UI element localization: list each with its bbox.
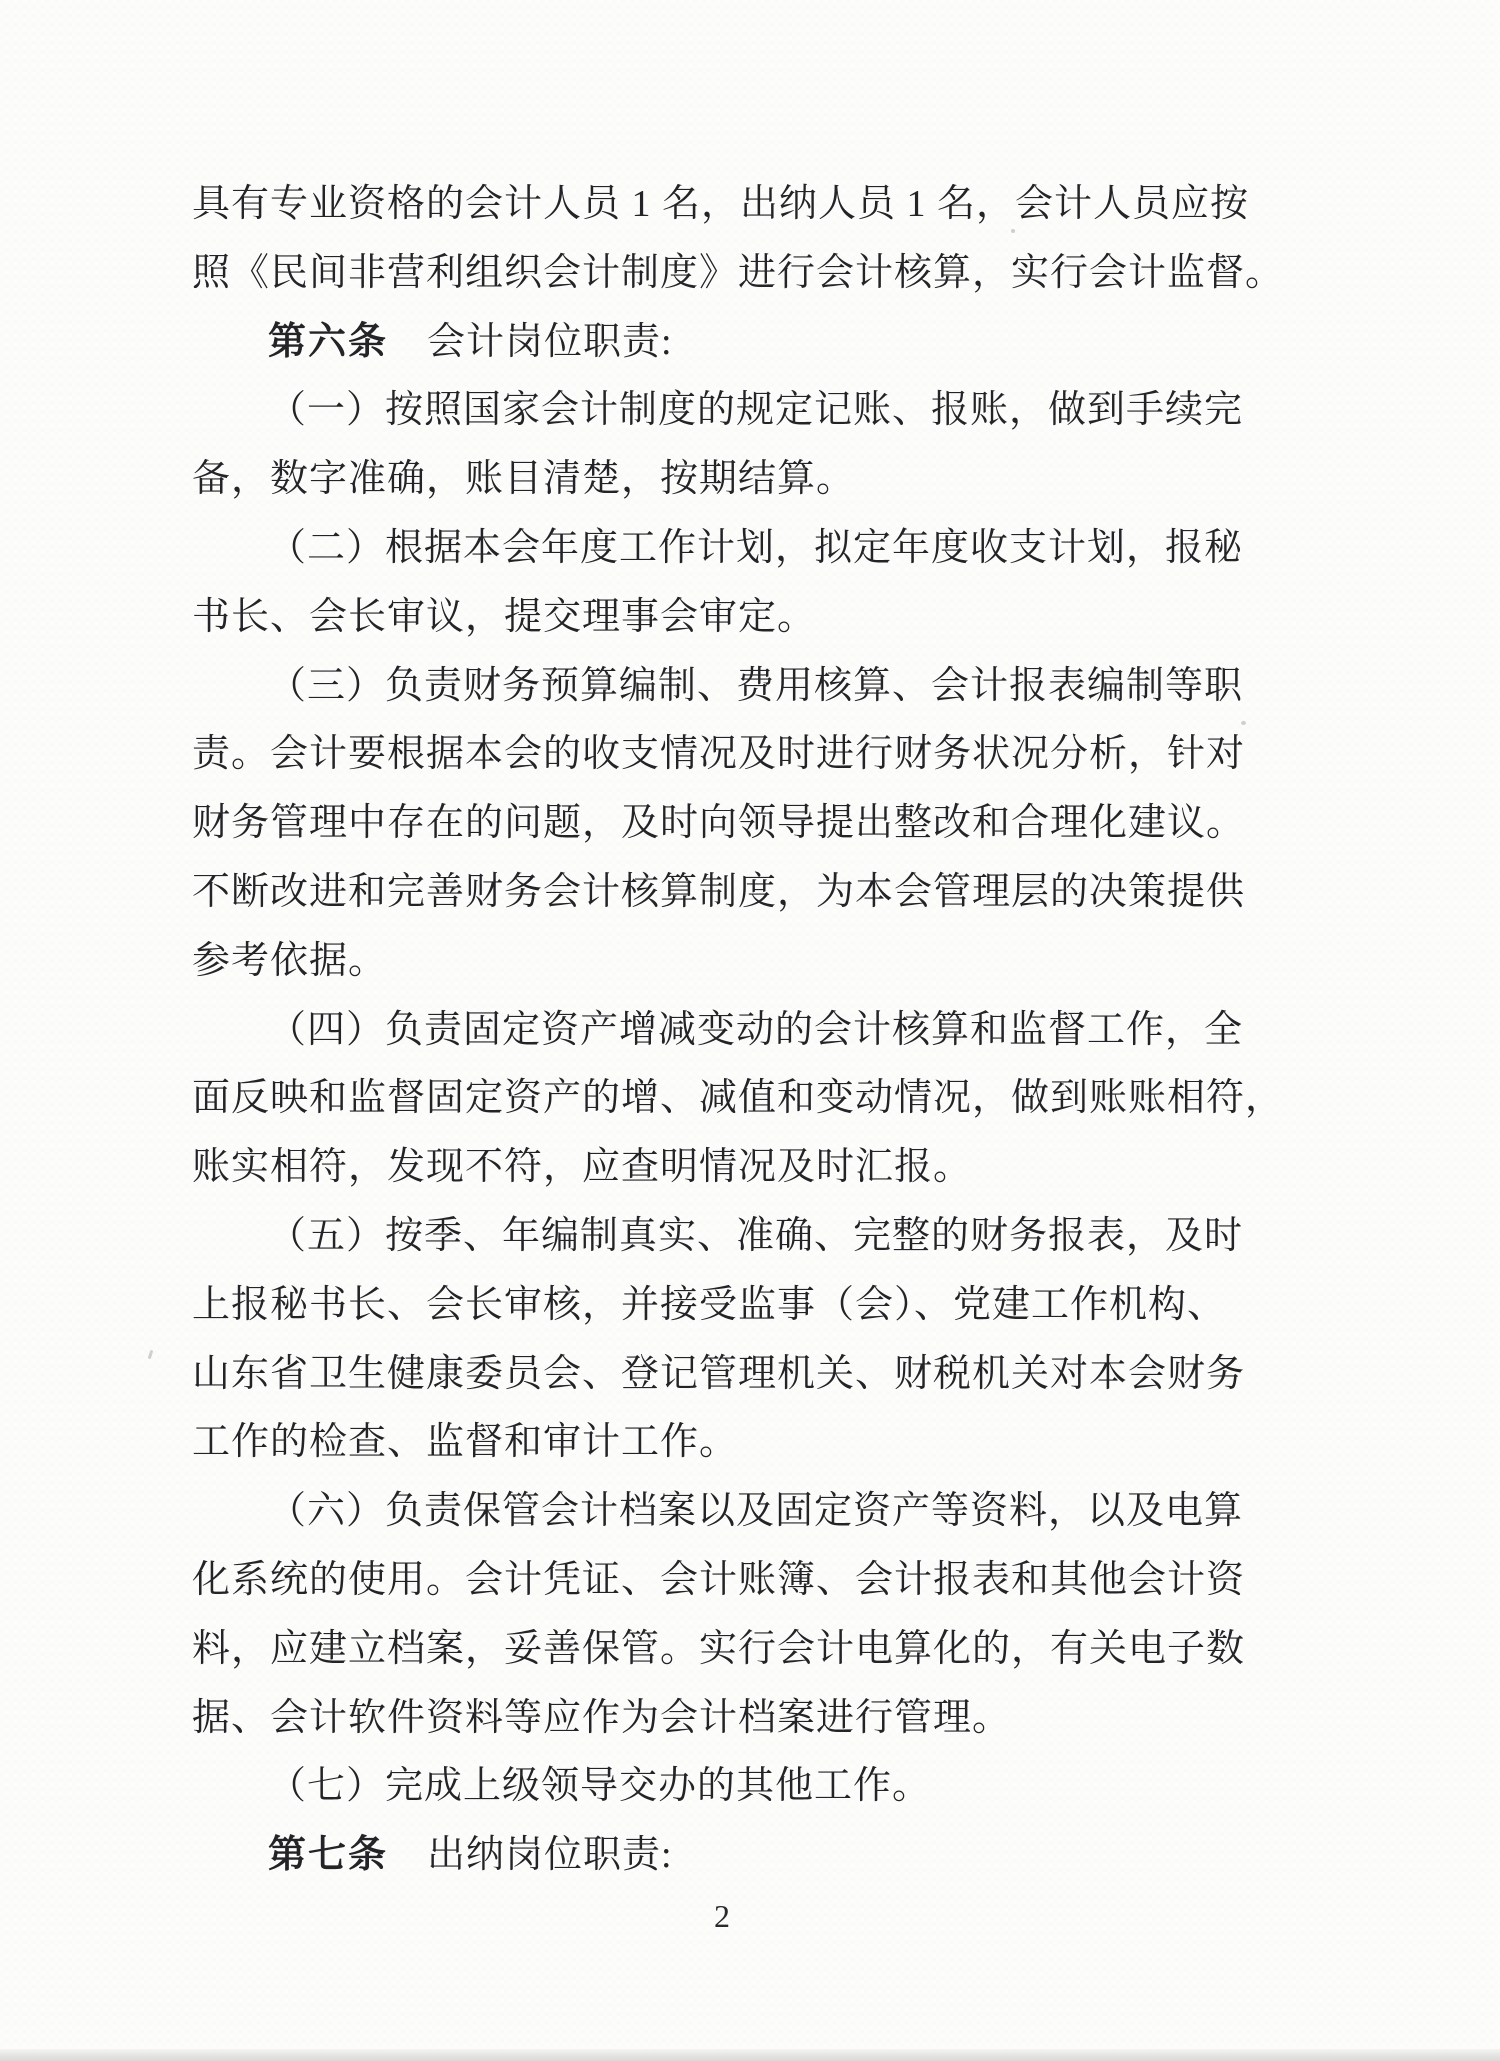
document-line: 上报秘书长、会长审核，并接受监事（会）、党建工作机构、 — [192, 1271, 1252, 1340]
text-segment: 会计岗位职责: — [388, 321, 673, 363]
article-number-label: 第六条 — [268, 321, 388, 363]
document-line: 照《民间非营利组织会计制度》进行会计核算，实行会计监督。 — [192, 239, 1252, 308]
text-segment: 书长、会长审议，提交理事会审定。 — [192, 596, 816, 638]
document-line: 不断改进和完善财务会计核算制度，为本会管理层的决策提供 — [192, 858, 1252, 927]
text-segment: 出纳岗位职责: — [388, 1834, 673, 1876]
document-line: 财务管理中存在的问题，及时向领导提出整改和合理化建议。 — [192, 789, 1252, 858]
text-segment: （一）按照国家会计制度的规定记账、报账，做到手续完 — [268, 389, 1243, 431]
document-line: 据、会计软件资料等应作为会计档案进行管理。 — [192, 1684, 1252, 1753]
document-body: 具有专业资格的会计人员 1 名，出纳人员 1 名，会计人员应按照《民间非营利组织… — [192, 170, 1252, 1890]
scan-speckle — [148, 1350, 154, 1359]
text-segment: 参考依据。 — [192, 940, 387, 982]
document-line: 责。会计要根据本会的收支情况及时进行财务状况分析，针对 — [192, 720, 1252, 789]
document-line: （五）按季、年编制真实、准确、完整的财务报表，及时 — [192, 1202, 1252, 1271]
document-line: （七）完成上级领导交办的其他工作。 — [192, 1752, 1252, 1821]
document-line: 工作的检查、监督和审计工作。 — [192, 1408, 1252, 1477]
document-line: 书长、会长审议，提交理事会审定。 — [192, 583, 1252, 652]
document-line: （一）按照国家会计制度的规定记账、报账，做到手续完 — [192, 376, 1252, 445]
document-line: （四）负责固定资产增减变动的会计核算和监督工作，全 — [192, 996, 1252, 1065]
document-line: 账实相符，发现不符，应查明情况及时汇报。 — [192, 1133, 1252, 1202]
text-segment: 据、会计软件资料等应作为会计档案进行管理。 — [192, 1697, 1011, 1739]
document-line: 化系统的使用。会计凭证、会计账簿、会计报表和其他会计资 — [192, 1546, 1252, 1615]
text-segment: 照《民间非营利组织会计制度》进行会计核算，实行会计监督。 — [192, 252, 1284, 294]
text-segment: 责。会计要根据本会的收支情况及时进行财务状况分析，针对 — [192, 733, 1245, 775]
text-segment: 具有专业资格的会计人员 1 名，出纳人员 1 名，会计人员应按 — [192, 183, 1249, 225]
document-line: 具有专业资格的会计人员 1 名，出纳人员 1 名，会计人员应按 — [192, 170, 1252, 239]
text-segment: （四）负责固定资产增减变动的会计核算和监督工作，全 — [268, 1009, 1243, 1051]
text-segment: 面反映和监督固定资产的增、减值和变动情况，做到账账相符， — [192, 1077, 1284, 1119]
text-segment: （二）根据本会年度工作计划，拟定年度收支计划，报秘 — [268, 527, 1243, 569]
text-segment: （六）负责保管会计档案以及固定资产等资料，以及电算 — [268, 1490, 1243, 1532]
document-line: （六）负责保管会计档案以及固定资产等资料，以及电算 — [192, 1477, 1252, 1546]
document-line: 参考依据。 — [192, 927, 1252, 996]
document-line: 面反映和监督固定资产的增、减值和变动情况，做到账账相符， — [192, 1064, 1252, 1133]
document-line: （三）负责财务预算编制、费用核算、会计报表编制等职 — [192, 652, 1252, 721]
page-number: 2 — [192, 1896, 1252, 1936]
text-segment: 山东省卫生健康委员会、登记管理机关、财税机关对本会财务 — [192, 1353, 1245, 1395]
scan-speckle — [1011, 229, 1015, 233]
document-line: 第七条 出纳岗位职责: — [192, 1821, 1252, 1890]
text-segment: 料，应建立档案，妥善保管。实行会计电算化的，有关电子数 — [192, 1628, 1245, 1670]
text-segment: 不断改进和完善财务会计核算制度，为本会管理层的决策提供 — [192, 871, 1245, 913]
document-line: 备，数字准确，账目清楚，按期结算。 — [192, 445, 1252, 514]
article-number-label: 第七条 — [268, 1834, 388, 1876]
document-line: 料，应建立档案，妥善保管。实行会计电算化的，有关电子数 — [192, 1615, 1252, 1684]
scanned-document-page: 具有专业资格的会计人员 1 名，出纳人员 1 名，会计人员应按照《民间非营利组织… — [0, 0, 1500, 2061]
text-segment: 化系统的使用。会计凭证、会计账簿、会计报表和其他会计资 — [192, 1559, 1245, 1601]
text-segment: 财务管理中存在的问题，及时向领导提出整改和合理化建议。 — [192, 802, 1245, 844]
text-segment: （五）按季、年编制真实、准确、完整的财务报表，及时 — [268, 1215, 1243, 1257]
document-line: 第六条 会计岗位职责: — [192, 308, 1252, 377]
text-segment: 工作的检查、监督和审计工作。 — [192, 1421, 738, 1463]
text-segment: 备，数字准确，账目清楚，按期结算。 — [192, 458, 855, 500]
scan-speckle — [1241, 721, 1246, 725]
document-line: （二）根据本会年度工作计划，拟定年度收支计划，报秘 — [192, 514, 1252, 583]
text-segment: 账实相符，发现不符，应查明情况及时汇报。 — [192, 1146, 972, 1188]
text-segment: （七）完成上级领导交办的其他工作。 — [268, 1765, 931, 1807]
scan-edge-shadow — [0, 2049, 1500, 2061]
text-segment: 上报秘书长、会长审核，并接受监事（会）、党建工作机构、 — [192, 1284, 1226, 1326]
document-line: 山东省卫生健康委员会、登记管理机关、财税机关对本会财务 — [192, 1340, 1252, 1409]
text-segment: （三）负责财务预算编制、费用核算、会计报表编制等职 — [268, 665, 1243, 707]
